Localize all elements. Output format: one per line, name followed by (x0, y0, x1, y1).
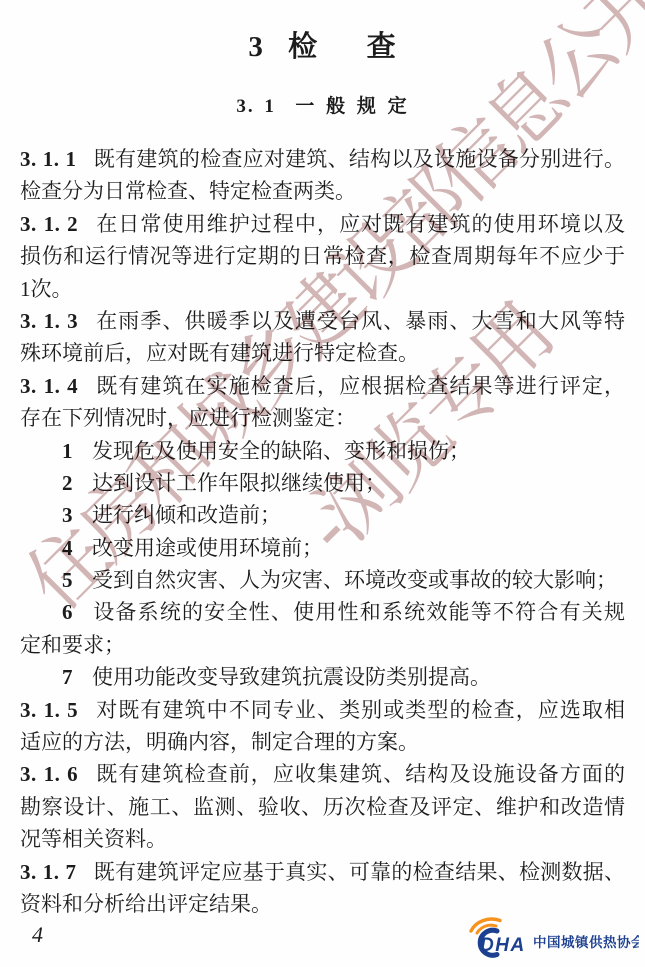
clause-line: 况等相关资料。 (20, 823, 625, 855)
line-text: 损伤和运行情况等进行定期的日常检查，检查周期每年不应少于 (20, 244, 625, 268)
clause-number: 3. 1. 4 (20, 374, 78, 398)
clause-number: 3. 1. 2 (20, 212, 78, 236)
clause-line: 3. 1. 6既有建筑检查前，应收集建筑、结构及设施设备方面的 (20, 758, 625, 790)
line-text: 既有建筑在实施检查后，应根据检查结果等进行评定， (95, 374, 625, 398)
line-text: 发现危及使用安全的缺陷、变形和损伤； (92, 439, 470, 463)
clause-line: 3. 1. 2在日常使用维护过程中，应对既有建筑的使用环境以及 (20, 208, 625, 240)
line-text: 况等相关资料。 (20, 827, 167, 851)
logo-abbr: DHA (480, 935, 526, 956)
sub-item-line: 4改变用途或使用环境前； (20, 532, 625, 564)
clause-line: 勘察设计、施工、监测、验收、历次检查及评定、维护和改造情 (20, 791, 625, 823)
sub-item-line: 3进行纠倾和改造前； (20, 499, 625, 531)
line-text: 既有建筑评定应基于真实、可靠的检查结果、检测数据、 (94, 860, 625, 884)
item-number: 7 (62, 665, 73, 689)
line-text: 进行纠倾和改造前； (92, 503, 281, 527)
item-number: 6 (62, 600, 73, 624)
clause-number: 3. 1. 3 (20, 309, 78, 333)
sub-item-line: 5受到自然灾害、人为灾害、环境改变或事故的较大影响； (20, 564, 625, 596)
clause-number: 3. 1. 5 (20, 698, 78, 722)
clause-number: 3. 1. 7 (20, 860, 77, 884)
line-text: 定和要求； (20, 633, 125, 657)
line-text: 检查分为日常检查、特定检查两类。 (20, 179, 356, 203)
document-page: 3 检 查 3. 1 一 般 规 定 3. 1. 1既有建筑的检查应对建筑、结构… (0, 0, 645, 967)
item-number: 2 (62, 471, 73, 495)
item-number: 5 (62, 568, 73, 592)
line-text: 改变用途或使用环境前； (92, 536, 323, 560)
dha-logo: DHA 中国城镇供热协会 (461, 915, 639, 959)
line-text: 存在下列情况时，应进行检测鉴定： (20, 406, 356, 430)
line-text: 在日常使用维护过程中，应对既有建筑的使用环境以及 (95, 212, 625, 236)
clause-number: 3. 1. 1 (20, 147, 77, 171)
clause-line: 存在下列情况时，应进行检测鉴定： (20, 402, 625, 434)
sub-item-line: 7使用功能改变导致建筑抗震设防类别提高。 (20, 661, 625, 693)
clause-line: 损伤和运行情况等进行定期的日常检查，检查周期每年不应少于 (20, 240, 625, 272)
clause-line: 适应的方法，明确内容，制定合理的方案。 (20, 726, 625, 758)
sub-item-line: 2达到设计工作年限拟继续使用； (20, 467, 625, 499)
sub-item-line: 1发现危及使用安全的缺陷、变形和损伤； (20, 435, 625, 467)
line-text: 1次。 (20, 277, 73, 301)
clause-line: 3. 1. 3在雨季、供暖季以及遭受台风、暴雨、大雪和大风等特 (20, 305, 625, 337)
line-text: 殊环境前后，应对既有建筑进行特定检查。 (20, 341, 419, 365)
line-text: 既有建筑的检查应对建筑、结构以及设施设备分别进行。 (94, 147, 625, 171)
clause-line: 3. 1. 1既有建筑的检查应对建筑、结构以及设施设备分别进行。 (20, 143, 625, 175)
clause-line: 殊环境前后，应对既有建筑进行特定检查。 (20, 337, 625, 369)
clause-number: 3. 1. 6 (20, 762, 78, 786)
clause-line: 3. 1. 4既有建筑在实施检查后，应根据检查结果等进行评定， (20, 370, 625, 402)
item-number: 4 (62, 536, 73, 560)
line-text: 设备系统的安全性、使用性和系统效能等不符合有关规 (92, 600, 625, 624)
sub-item-line: 定和要求； (20, 629, 625, 661)
item-number: 1 (62, 439, 73, 463)
line-text: 适应的方法，明确内容，制定合理的方案。 (20, 730, 419, 754)
line-text: 勘察设计、施工、监测、验收、历次检查及评定、维护和改造情 (20, 795, 625, 819)
line-text: 对既有建筑中不同专业、类别或类型的检查，应选取相 (95, 698, 625, 722)
body-text: 3. 1. 1既有建筑的检查应对建筑、结构以及设施设备分别进行。检查分为日常检查… (20, 143, 625, 920)
section-heading: 3. 1 一 般 规 定 (0, 91, 645, 118)
line-text: 资料和分析给出评定结果。 (20, 892, 272, 916)
line-text: 使用功能改变导致建筑抗震设防类别提高。 (92, 665, 491, 689)
logo-org-name: 中国城镇供热协会 (533, 934, 639, 950)
clause-line: 检查分为日常检查、特定检查两类。 (20, 175, 625, 207)
line-text: 在雨季、供暖季以及遭受台风、暴雨、大雪和大风等特 (95, 309, 625, 333)
line-text: 受到自然灾害、人为灾害、环境改变或事故的较大影响； (92, 568, 617, 592)
clause-line: 3. 1. 7既有建筑评定应基于真实、可靠的检查结果、检测数据、 (20, 856, 625, 888)
line-text: 既有建筑检查前，应收集建筑、结构及设施设备方面的 (95, 762, 625, 786)
item-number: 3 (62, 503, 73, 527)
sub-item-line: 6设备系统的安全性、使用性和系统效能等不符合有关规 (20, 596, 625, 628)
clause-line: 1次。 (20, 273, 625, 305)
chapter-title: 3 检 查 (0, 24, 645, 65)
clause-line: 3. 1. 5对既有建筑中不同专业、类别或类型的检查，应选取相 (20, 694, 625, 726)
page-number: 4 (32, 922, 43, 948)
line-text: 达到设计工作年限拟继续使用； (92, 471, 386, 495)
